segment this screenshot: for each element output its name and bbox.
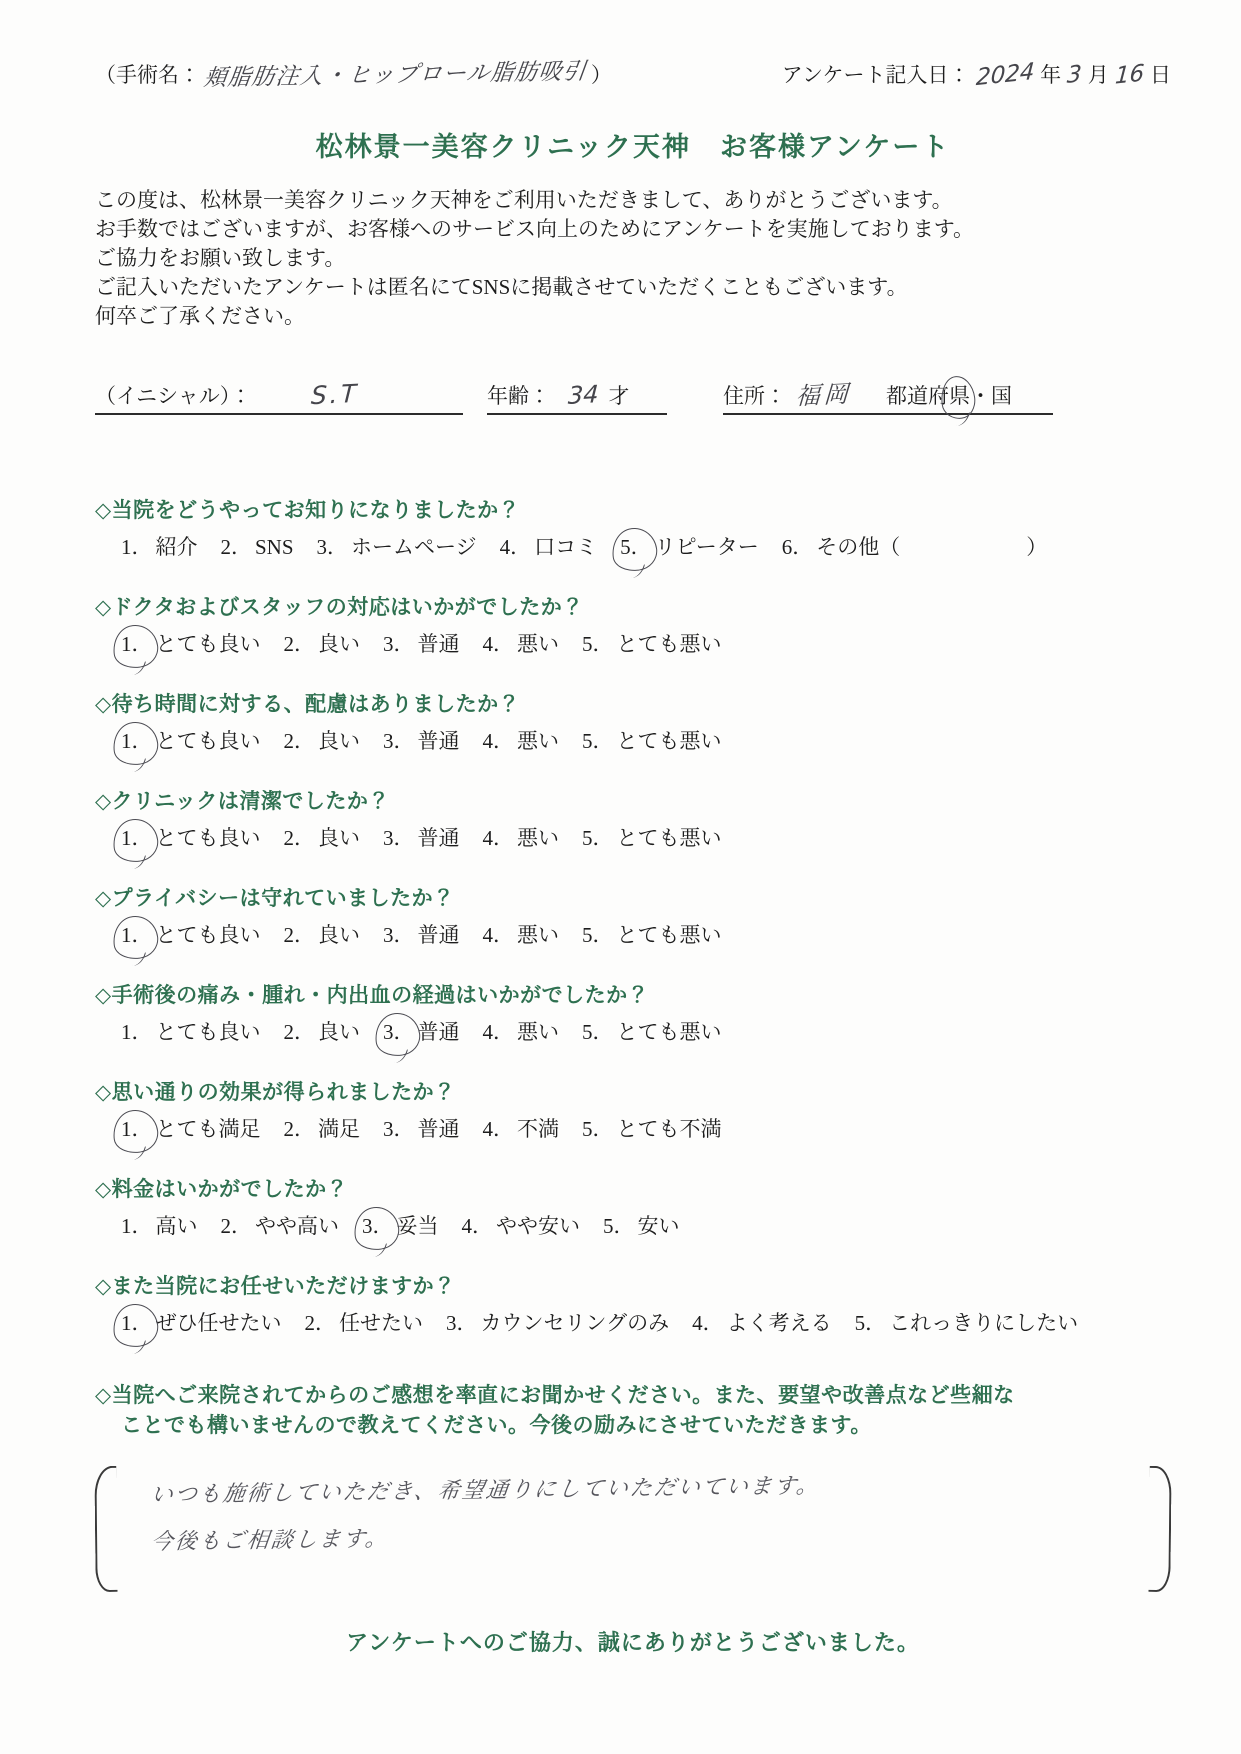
comment-bracket-right-icon <box>1148 1466 1171 1592</box>
option-label: 良い <box>318 632 360 656</box>
answer-option: 5．とても悪い <box>582 826 722 850</box>
option-label: やや安い <box>496 1214 580 1238</box>
option-number: 2． <box>284 1117 316 1141</box>
intro-line: この度は、松林景一美容クリニック天神をご利用いただきまして、ありがとうございます… <box>95 186 1171 215</box>
question-heading: ◇思い通りの効果が得られましたか？ <box>95 1077 1171 1107</box>
option-label: 普通 <box>418 1117 460 1141</box>
date-day-handwritten: 16 <box>1114 60 1145 89</box>
answer-option: 4．口コミ <box>500 535 598 559</box>
option-number: 5． <box>582 923 614 947</box>
option-label: とても満足 <box>156 1117 261 1141</box>
option-number: 1． <box>121 1020 153 1044</box>
question-heading: ◇料金はいかがでしたか？ <box>95 1174 1171 1204</box>
question-heading: ◇また当院にお任せいただけますか？ <box>95 1271 1171 1301</box>
comment-bracket-left-icon <box>94 1466 117 1592</box>
option-number: 3． <box>383 923 415 947</box>
answer-option: 1．ぜひ任せたい <box>121 1311 282 1335</box>
question-options: 1．とても満足2．満足3．普通4．不満5．とても不満 <box>95 1114 1171 1144</box>
document-header: （手術名：頬脂肪注入・ヒップロール脂肪吸引） アンケート記入日：2024年3月1… <box>95 56 1171 89</box>
initials-field: （イニシャル）：S.T <box>95 380 463 415</box>
option-label: 悪い <box>517 729 559 753</box>
date-year-unit: 年 <box>1040 63 1061 87</box>
option-label: 悪い <box>517 632 559 656</box>
answer-option: 5．とても悪い <box>582 632 722 656</box>
option-number: 5． <box>603 1214 635 1238</box>
intro-line: ご記入いただいたアンケートは匿名にてSNSに掲載させていただくこともございます。 <box>95 273 1171 302</box>
option-number: 3． <box>383 729 415 753</box>
option-label: やや高い <box>255 1214 339 1238</box>
option-label: 普通 <box>418 632 460 656</box>
option-label: とても良い <box>156 923 261 947</box>
question-block: ◇料金はいかがでしたか？1．高い2．やや高い3．妥当4．やや安い5．安い <box>95 1174 1171 1241</box>
question-heading: ◇クリニックは清潔でしたか？ <box>95 786 1171 816</box>
option-number: 5． <box>582 632 614 656</box>
address-label: 住所： <box>723 384 786 408</box>
option-number: 2． <box>284 826 316 850</box>
option-number: 4． <box>692 1311 724 1335</box>
date-year-handwritten: 2024 <box>975 59 1035 91</box>
answer-option: 2．良い <box>284 826 361 850</box>
handwritten-comment-line: 今後もご相談します。 <box>149 1511 1140 1556</box>
answer-option: 4．悪い <box>483 1020 560 1044</box>
option-label: 不満 <box>517 1117 559 1141</box>
option-number: 5． <box>582 729 614 753</box>
answer-option: 5．とても悪い <box>582 729 722 753</box>
option-number: 3． <box>317 535 349 559</box>
option-number: 3． <box>383 1117 415 1141</box>
option-number: 1． <box>121 1214 153 1238</box>
option-number: 2． <box>284 729 316 753</box>
answer-option: 2．SNS <box>221 535 294 559</box>
date-day-unit: 日 <box>1150 63 1171 87</box>
answer-option: 1．高い <box>121 1214 198 1238</box>
option-label: 任せたい <box>339 1311 423 1335</box>
comment-box: いつも施術していただき、希望通りにしていただいています。今後もご相談します。 <box>95 1466 1171 1592</box>
address-suffix-tail: ・国 <box>970 384 1012 408</box>
address-prefecture-circle: 県 <box>949 380 970 410</box>
date-label: アンケート記入日： <box>782 63 970 87</box>
option-number: 1． <box>121 535 153 559</box>
question-options: 1．とても良い2．良い3．普通4．悪い5．とても悪い <box>95 726 1171 756</box>
profile-row: （イニシャル）：S.T 年齢：34才 住所：福岡都道府県・国 <box>95 375 1171 415</box>
handwritten-comment-line: いつも施術していただき、希望通りにしていただいています。 <box>149 1464 1140 1509</box>
selected-answer-circle: 3． <box>362 1211 394 1241</box>
option-label: 悪い <box>517 923 559 947</box>
option-label: ぜひ任せたい <box>156 1311 282 1335</box>
answer-option: 2．やや高い <box>221 1214 340 1238</box>
option-label: 高い <box>156 1214 198 1238</box>
option-number: 4． <box>483 729 515 753</box>
answer-option: 2．良い <box>284 632 361 656</box>
age-handwritten: 34 <box>567 380 599 410</box>
surgery-label-open: （手術名： <box>95 63 200 87</box>
question-options: 1．紹介2．SNS3．ホームページ4．口コミ5．リピーター6．その他（ ） <box>95 532 1171 562</box>
answer-option: 4．悪い <box>483 826 560 850</box>
option-number: 3． <box>383 826 415 850</box>
option-label: 妥当 <box>397 1214 439 1238</box>
answer-option: 5．リピーター <box>620 535 759 559</box>
option-label: 良い <box>318 923 360 947</box>
answer-option: 4．不満 <box>483 1117 560 1141</box>
option-label: 悪い <box>517 826 559 850</box>
option-label: とても不満 <box>617 1117 722 1141</box>
answer-option: 3．妥当 <box>362 1214 439 1238</box>
answer-option: 5．とても悪い <box>582 923 722 947</box>
question-heading: ◇ドクタおよびスタッフの対応はいかがでしたか？ <box>95 592 1171 622</box>
answer-option: 2．良い <box>284 729 361 753</box>
option-label: とても悪い <box>617 729 722 753</box>
option-label: 普通 <box>418 826 460 850</box>
answer-option: 3．ホームページ <box>317 535 477 559</box>
option-number: 2． <box>284 923 316 947</box>
answer-option: 3．普通 <box>383 1020 460 1044</box>
option-number: 4． <box>483 632 515 656</box>
answer-option: 4．悪い <box>483 923 560 947</box>
option-number: 4． <box>462 1214 494 1238</box>
option-label: とても悪い <box>617 923 722 947</box>
feedback-heading-line1: ◇当院へご来院されてからのご感想を率直にお聞かせください。また、要望や改善点など… <box>95 1383 1015 1407</box>
initials-handwritten: S.T <box>311 379 361 411</box>
option-number: 6． <box>782 535 814 559</box>
answer-option: 3．普通 <box>383 632 460 656</box>
question-block: ◇また当院にお任せいただけますか？1．ぜひ任せたい2．任せたい3．カウンセリング… <box>95 1271 1171 1338</box>
answer-option: 5．とても悪い <box>582 1020 722 1044</box>
selected-answer-circle: 3． <box>383 1017 415 1047</box>
answer-option: 4．やや安い <box>462 1214 581 1238</box>
question-options: 1．高い2．やや高い3．妥当4．やや安い5．安い <box>95 1211 1171 1241</box>
answer-option: 2．満足 <box>284 1117 361 1141</box>
option-label: とても良い <box>156 1020 261 1044</box>
answer-option: 5．安い <box>603 1214 680 1238</box>
page-title: 松林景一美容クリニック天神 お客様アンケート <box>95 125 1171 164</box>
selected-answer-circle: 1． <box>121 629 153 659</box>
age-unit: 才 <box>609 384 630 408</box>
option-label: とても悪い <box>617 632 722 656</box>
question-block: ◇当院をどうやってお知りになりましたか？1．紹介2．SNS3．ホームページ4．口… <box>95 495 1171 562</box>
selected-answer-circle: 5． <box>620 532 652 562</box>
option-label: とても良い <box>156 729 261 753</box>
address-field: 住所：福岡都道府県・国 <box>723 375 1053 415</box>
answer-option: 4．よく考える <box>692 1311 832 1335</box>
feedback-heading-line2: ことでも構いませんので教えてください。今後の励みにさせていただきます。 <box>95 1410 1171 1440</box>
option-number: 3． <box>446 1311 478 1335</box>
option-label: とても良い <box>156 826 261 850</box>
option-label: SNS <box>255 535 294 559</box>
question-block: ◇クリニックは清潔でしたか？1．とても良い2．良い3．普通4．悪い5．とても悪い <box>95 786 1171 853</box>
option-number: 2． <box>221 1214 253 1238</box>
option-label: 紹介 <box>156 535 198 559</box>
survey-document: （手術名：頬脂肪注入・ヒップロール脂肪吸引） アンケート記入日：2024年3月1… <box>0 0 1241 1754</box>
answer-option: 4．悪い <box>483 632 560 656</box>
question-block: ◇待ち時間に対する、配慮はありましたか？1．とても良い2．良い3．普通4．悪い5… <box>95 689 1171 756</box>
answer-option: 2．良い <box>284 923 361 947</box>
option-label: ホームページ <box>351 535 477 559</box>
option-label: 良い <box>318 729 360 753</box>
date-month-unit: 月 <box>1088 63 1109 87</box>
intro-paragraph: この度は、松林景一美容クリニック天神をご利用いただきまして、ありがとうございます… <box>95 186 1171 331</box>
answer-option: 3．普通 <box>383 923 460 947</box>
option-number: 4． <box>483 1117 515 1141</box>
option-label: 口コミ <box>534 535 597 559</box>
address-handwritten: 福岡 <box>795 373 853 411</box>
option-label: とても悪い <box>617 1020 722 1044</box>
question-options: 1．とても良い2．良い3．普通4．悪い5．とても悪い <box>95 920 1171 950</box>
answer-option: 1．とても良い <box>121 826 261 850</box>
answer-option: 3．カウンセリングのみ <box>446 1311 669 1335</box>
surgery-label-close: ） <box>591 63 612 87</box>
selected-answer-circle: 1． <box>121 823 153 853</box>
option-label: 良い <box>318 826 360 850</box>
option-number: 5． <box>582 1117 614 1141</box>
question-heading: ◇手術後の痛み・腫れ・内出血の経過はいかがでしたか？ <box>95 980 1171 1010</box>
answer-option: 3．普通 <box>383 729 460 753</box>
question-block: ◇思い通りの効果が得られましたか？1．とても満足2．満足3．普通4．不満5．とて… <box>95 1077 1171 1144</box>
question-options: 1．とても良い2．良い3．普通4．悪い5．とても悪い <box>95 629 1171 659</box>
option-number: 5． <box>582 826 614 850</box>
answer-option: 2．良い <box>284 1020 361 1044</box>
selected-answer-circle: 1． <box>121 1308 153 1338</box>
intro-line: ご協力をお願い致します。 <box>95 244 1171 273</box>
answer-option: 2．任せたい <box>305 1311 424 1335</box>
answer-option: 3．普通 <box>383 1117 460 1141</box>
selected-answer-circle: 1． <box>121 920 153 950</box>
option-label: 悪い <box>517 1020 559 1044</box>
questions-section: ◇当院をどうやってお知りになりましたか？1．紹介2．SNS3．ホームページ4．口… <box>95 495 1171 1338</box>
answer-option: 3．普通 <box>383 826 460 850</box>
survey-date-field: アンケート記入日：2024年3月16日 <box>782 59 1171 89</box>
address-suffix: 都道府 <box>886 384 949 408</box>
question-block: ◇手術後の痛み・腫れ・内出血の経過はいかがでしたか？1．とても良い2．良い3．普… <box>95 980 1171 1047</box>
option-label: カウンセリングのみ <box>481 1311 670 1335</box>
intro-line: 何卒ご了承ください。 <box>95 302 1171 331</box>
option-number: 2． <box>221 535 253 559</box>
handwritten-comment: いつも施術していただき、希望通りにしていただいています。今後もご相談します。 <box>117 1466 1149 1592</box>
answer-option: 5．これっきりにしたい <box>855 1311 1079 1335</box>
question-options: 1．ぜひ任せたい2．任せたい3．カウンセリングのみ4．よく考える5．これっきりに… <box>95 1308 1171 1338</box>
option-label: 普通 <box>418 1020 460 1044</box>
option-number: 5． <box>855 1311 887 1335</box>
option-label: とても悪い <box>617 826 722 850</box>
option-number: 4． <box>500 535 532 559</box>
feedback-question-heading: ◇当院へご来院されてからのご感想を率直にお聞かせください。また、要望や改善点など… <box>95 1380 1171 1440</box>
date-month-handwritten: 3 <box>1066 61 1082 89</box>
option-label: とても良い <box>156 632 261 656</box>
option-number: 4． <box>483 826 515 850</box>
option-label: よく考える <box>727 1311 832 1335</box>
answer-option: 6．その他（ ） <box>782 535 1048 559</box>
option-label: これっきりにしたい <box>889 1311 1078 1335</box>
option-number: 4． <box>483 1020 515 1044</box>
option-number: 2． <box>284 632 316 656</box>
selected-answer-circle: 1． <box>121 726 153 756</box>
option-number: 4． <box>483 923 515 947</box>
option-number: 3． <box>383 632 415 656</box>
answer-option: 1．とても満足 <box>121 1117 261 1141</box>
surgery-name-handwritten: 頬脂肪注入・ヒップロール脂肪吸引 <box>202 53 589 93</box>
intro-line: お手数ではございますが、お客様へのサービス向上のためにアンケートを実施しておりま… <box>95 215 1171 244</box>
question-options: 1．とても良い2．良い3．普通4．悪い5．とても悪い <box>95 823 1171 853</box>
age-field: 年齢：34才 <box>487 380 667 415</box>
option-label: 良い <box>318 1020 360 1044</box>
selected-answer-circle: 1． <box>121 1114 153 1144</box>
question-block: ◇ドクタおよびスタッフの対応はいかがでしたか？1．とても良い2．良い3．普通4．… <box>95 592 1171 659</box>
option-label: 満足 <box>318 1117 360 1141</box>
option-number: 2． <box>284 1020 316 1044</box>
option-label: その他（ ） <box>816 535 1047 559</box>
answer-option: 4．悪い <box>483 729 560 753</box>
option-label: 普通 <box>418 729 460 753</box>
thank-you-note: アンケートへのご協力、誠にありがとうございました。 <box>95 1626 1171 1657</box>
option-label: 普通 <box>418 923 460 947</box>
question-block: ◇プライバシーは守れていましたか？1．とても良い2．良い3．普通4．悪い5．とて… <box>95 883 1171 950</box>
initials-label: （イニシャル）： <box>95 384 251 408</box>
answer-option: 1．とても良い <box>121 632 261 656</box>
option-number: 5． <box>582 1020 614 1044</box>
answer-option: 1．とても良い <box>121 923 261 947</box>
answer-option: 1．とても良い <box>121 729 261 753</box>
option-label: リピーター <box>655 535 759 559</box>
question-heading: ◇当院をどうやってお知りになりましたか？ <box>95 495 1171 525</box>
age-label: 年齢： <box>487 384 550 408</box>
question-heading: ◇待ち時間に対する、配慮はありましたか？ <box>95 689 1171 719</box>
option-label: 安い <box>638 1214 680 1238</box>
answer-option: 5．とても不満 <box>582 1117 722 1141</box>
option-number: 2． <box>305 1311 337 1335</box>
question-heading: ◇プライバシーは守れていましたか？ <box>95 883 1171 913</box>
question-options: 1．とても良い2．良い3．普通4．悪い5．とても悪い <box>95 1017 1171 1047</box>
answer-option: 1．とても良い <box>121 1020 261 1044</box>
surgery-name-field: （手術名：頬脂肪注入・ヒップロール脂肪吸引） <box>95 56 612 89</box>
answer-option: 1．紹介 <box>121 535 198 559</box>
